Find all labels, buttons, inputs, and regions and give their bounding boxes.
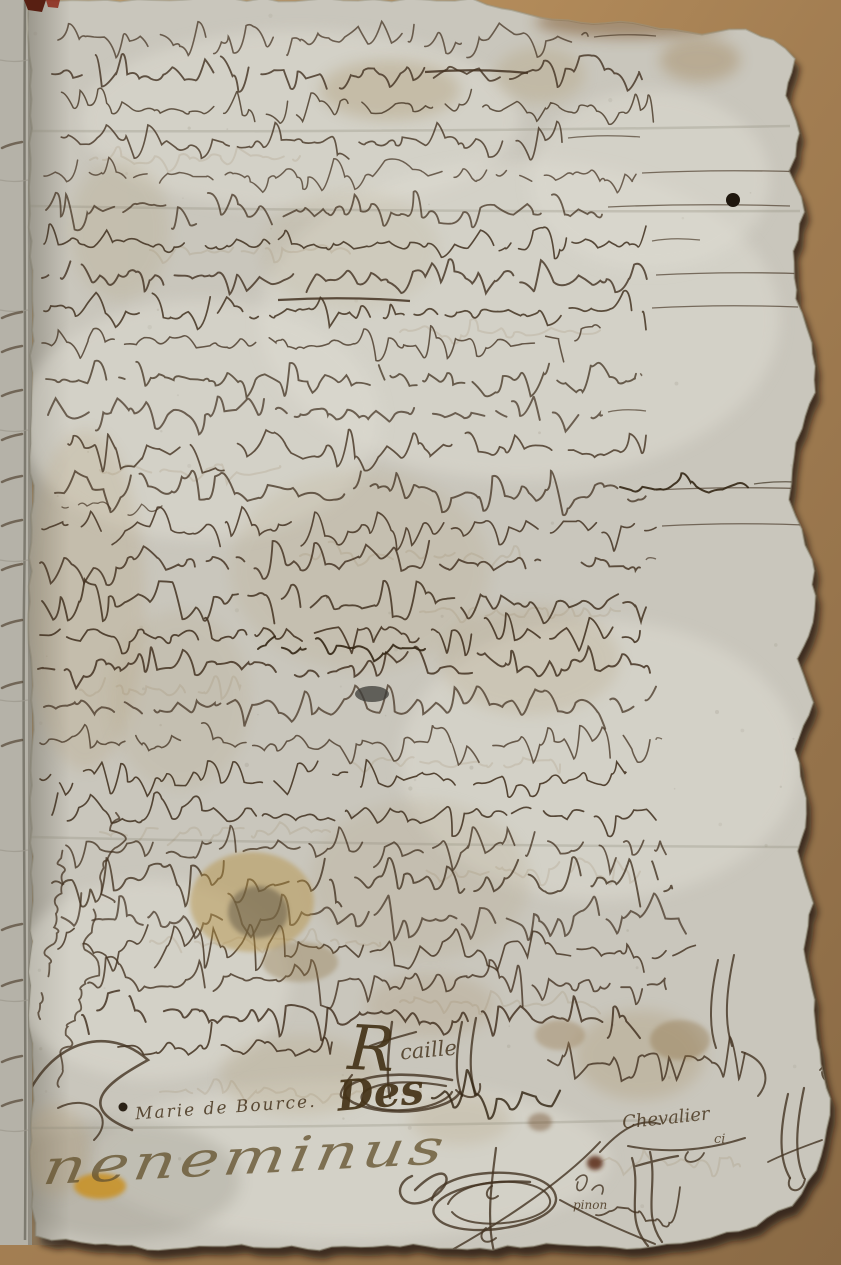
manuscript-photo: Marie de Bource. R caille Des Chevalier …: [0, 0, 841, 1265]
manuscript-canvas: [0, 0, 841, 1265]
underlying-page-stack: [0, 0, 32, 1245]
